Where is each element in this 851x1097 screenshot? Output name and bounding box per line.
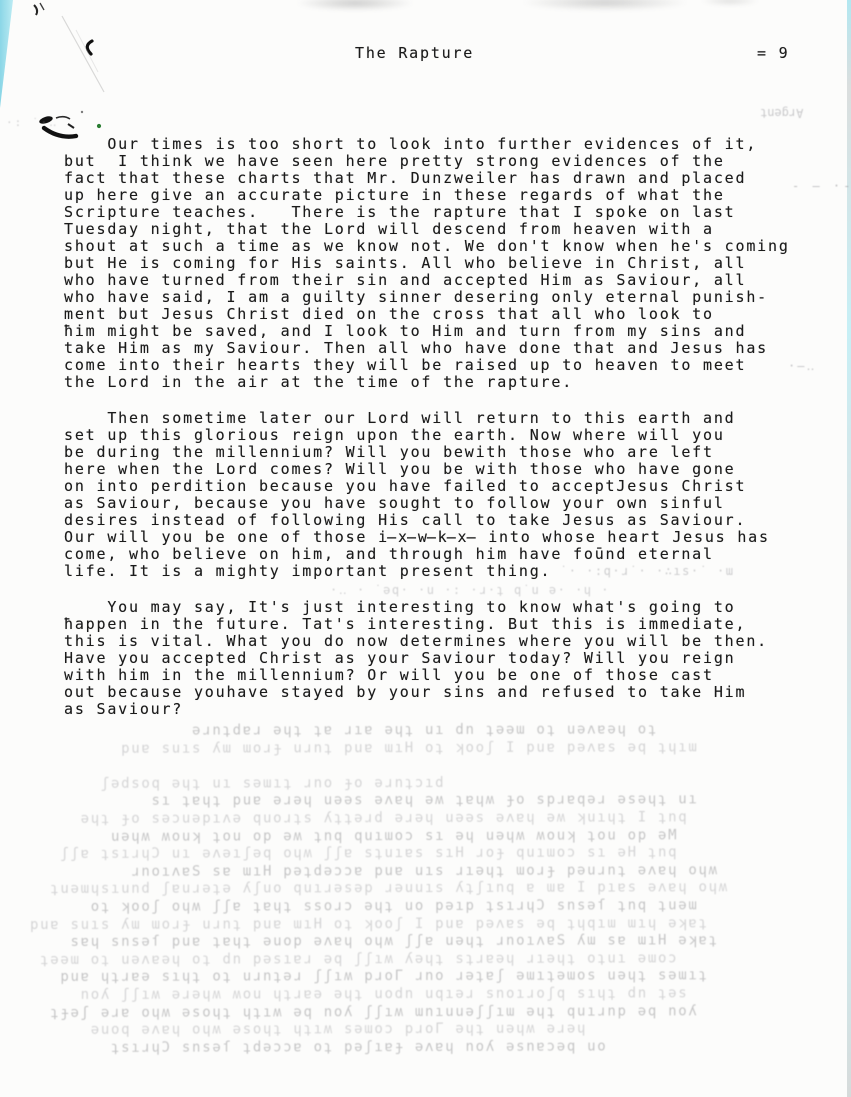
- text-line: the Lord in the air at the time of the r…: [64, 374, 834, 391]
- text-line: desires instead of following His call to…: [64, 512, 834, 529]
- top-smudge: [520, 0, 690, 11]
- scan-corner-artifact: [0, 0, 13, 108]
- paragraph: Then sometime later our Lord will return…: [64, 410, 834, 580]
- bleed-through-line: puɐ suıs ʎɯ ɯoɹɟ uɹnʇ puɐ ɯıH oʇ ʞooʃ I …: [30, 739, 842, 759]
- paragraph: Our times is too short to look into furt…: [64, 136, 834, 391]
- text-line: but He is coming for His saints. All who…: [64, 255, 834, 272]
- bleed-fragment-corner: Argent: [760, 106, 803, 120]
- bleed-through-line: ǝuoq ǝʌɐɥ oɥʍ ǝsoɥʇ ɥʇıʍ sǝɯoɔ pɹoΓ ǝɥʇ …: [30, 1020, 842, 1040]
- bleed-through-line: puɐ ɥʇɹɐǝ sıɥʇ oʇ uɹnʇǝɹ ʃʃıʍ pɹoΓ ɹno ɹ…: [30, 967, 842, 987]
- text-line: here when the Lord comes? Will you be wi…: [64, 461, 834, 478]
- text-line: with him in the millennium? Or will you …: [64, 667, 834, 684]
- bleed-through-line: uǝɥʍ ʍouʞ ʇou op ǝʍ ʇnq quıɯoɔ sı ǝɥ uǝɥ…: [30, 826, 842, 846]
- text-line: come into their hearts they will be rais…: [64, 357, 834, 374]
- bleed-through-line: [30, 756, 842, 776]
- text-line: Scripture teaches. There is the rapture …: [64, 204, 834, 221]
- page-title: The Rapture: [355, 45, 474, 62]
- text-line: take Him as my Saviour. Then all who hav…: [64, 340, 834, 357]
- text-line: Then sometime later our Lord will return…: [64, 410, 834, 427]
- bleed-through-line: sı ʇɐɥʇ puɐ ǝɹǝɥ uǝǝs ǝʌɐɥ ǝʍ ʇɐɥʍ ɟo sp…: [30, 791, 842, 811]
- text-line: be during the millennium? Will you bewit…: [64, 444, 834, 461]
- text-line: shout at such a time as we know not. We …: [64, 238, 834, 255]
- bleed-through-line: ǝɥʇ ɟo sǝɔuǝpıʌǝ quoɹʇs ʎʇʇǝɹd ǝɹǝɥ uǝǝs…: [30, 809, 842, 829]
- text-line: this is vital. What you do now determine…: [64, 633, 834, 650]
- text-line: Have you accepted Christ as your Saviour…: [64, 650, 834, 667]
- text-line: out because youhave stayed by your sins …: [64, 684, 834, 701]
- document-body: Our times is too short to look into furt…: [64, 136, 834, 737]
- text-line: life. It is a mighty important present t…: [64, 563, 834, 580]
- bleed-through-line: ʇuǝɯɥsıund ʃɐuɹǝʇǝ ʎʃuo quıɹǝsǝp ɹǝuuıs …: [30, 879, 842, 899]
- text-line: set up this glorious reign upon the eart…: [64, 427, 834, 444]
- paragraph: You may say, It's just interesting to kn…: [64, 599, 834, 718]
- top-smudge: [700, 0, 760, 6]
- text-line: fact that these charts that Mr. Dunzweil…: [64, 170, 834, 187]
- bleed-through-line: ɹnoıʌɐS sɐ ɯıH pǝʇdǝɔɔɐ puɐ uıs ɹıǝɥʇ ɯo…: [30, 862, 842, 882]
- text-line: Tuesday night, that the Lord will descen…: [64, 221, 834, 238]
- text-line: ħim might be saved, and I look to Him an…: [64, 323, 834, 340]
- text-line: who have said, I am a guilty sinner dese…: [64, 289, 834, 306]
- bleed-through-line: ǝɹnʇdɐɹ ǝɥʇ ʇɐ ɹıɐ ǝɥʇ uı dn ʇǝǝɯ oʇ uǝʌ…: [30, 721, 842, 741]
- bleed-through-line: ʇɟǝʃ ǝɹɐ oɥʍ ǝsoɥʇ ɥʇıʍ ǝq noʎ ʃʃıʍ ɯnıu…: [30, 1002, 842, 1022]
- bleed-through-line: ʇsıɹɥƆ snsǝſ ʇdǝɔɔɐ oʇ pǝʃıɐɟ ǝʌɐɥ noʎ ǝ…: [30, 1038, 842, 1058]
- bleed-through-line: puɐ suıs ʎɯ ɯoɹɟ uɹnʇ puɐ ɯıH oʇ ʞooʃ I …: [30, 914, 842, 934]
- bleed-through-block: ǝɹnʇdɐɹ ǝɥʇ ʇɐ ɹıɐ ǝɥʇ uı dn ʇǝǝɯ oʇ uǝʌ…: [30, 721, 842, 1057]
- text-line: Our times is too short to look into furt…: [64, 136, 834, 153]
- text-line: who have turned from their sin and accep…: [64, 272, 834, 289]
- text-line: You may say, It's just interesting to kn…: [64, 599, 834, 616]
- bleed-through-line: sɐɥ snsǝſ puɐ ʇɐɥʇ ǝuop ǝʌɐɥ oɥʍ ʃʃɐ uǝɥ…: [30, 932, 842, 952]
- bleed-through-line: noʎ ʃʃıʍ ǝɹǝɥʍ ʍou ɥʇɹɐǝ ǝɥʇ uodn uqıǝɹ …: [30, 985, 842, 1005]
- bleed-through-line: oʇ ʞooʃ oɥʍ ʃʃɐ ʇɐɥʇ ssoɹɔ ǝɥʇ uo pǝıp ʇ…: [30, 897, 842, 917]
- scan-edge-strip: [847, 0, 851, 1097]
- text-line: Our will you be one of those i̶x̶w̶k̶x̶ …: [64, 529, 834, 546]
- top-smudge: [295, 0, 415, 11]
- text-line: as Saviour?: [64, 701, 834, 718]
- bleed-through-line: ʇǝǝɯ oʇ uǝʌɐǝɥ oʇ dn pǝsıɐɹ ǝq ʃʃıʍ ʎǝɥʇ…: [30, 950, 842, 970]
- text-line: ment but Jesus Christ died on the cross …: [64, 306, 834, 323]
- margin-specks: ·: ˙·‥: [6, 116, 58, 129]
- scanned-document-page: The Rapture = 9 Argent - – ·- ·–‥ ·: ˙·‥…: [0, 0, 851, 1097]
- text-line: ħappen in the future. Tat's interesting.…: [64, 616, 834, 633]
- text-line: on into perdition because you have faile…: [64, 478, 834, 495]
- bleed-through-line: ʃǝdsoq ǝɥʇ uı sǝɯıʇ ɹno ɟo ǝɹnʇɔıd: [30, 774, 842, 794]
- text-line: come, who believe on him, and through hi…: [64, 546, 834, 563]
- text-line: but I think we have seen here pretty str…: [64, 153, 834, 170]
- text-line: up here give an accurate picture in thes…: [64, 187, 834, 204]
- text-line: as Saviour, because you have sought to f…: [64, 495, 834, 512]
- page-number: = 9: [757, 45, 790, 62]
- bleed-through-line: ʃʃɐ ʇsıɹɥƆ uı ǝʌǝıʃǝq oɥʍ ʃʃɐ sʇuıɐs sıH…: [30, 844, 842, 864]
